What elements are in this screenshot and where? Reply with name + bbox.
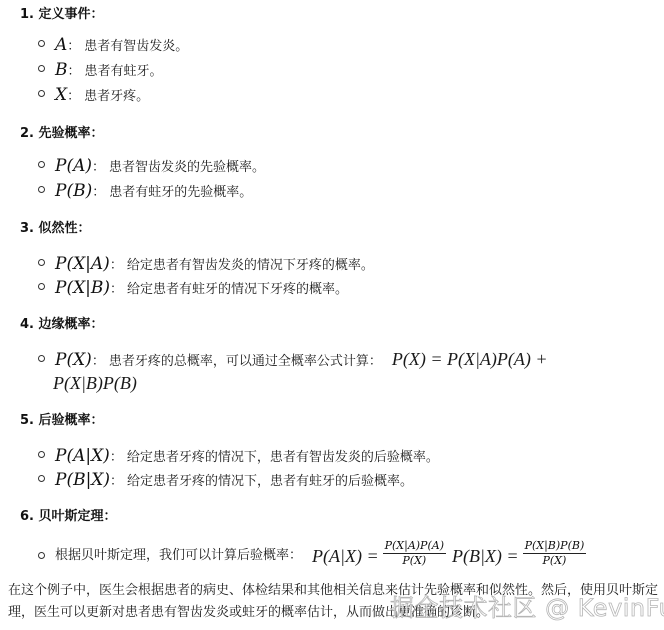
math-symbol: P(A) (55, 156, 92, 176)
item-description: 给定患者牙疼的情况下，患者有智齿发炎的后验概率。 (127, 448, 439, 468)
list-item: A： 患者有智齿发炎。 (38, 35, 188, 57)
item-description: 给定患者有智齿发炎的情况下牙疼的概率。 (127, 256, 374, 276)
hollow-bullet-icon (38, 90, 45, 97)
list-item: P(B|X)： 给定患者牙疼的情况下，患者有蛀牙的后验概率。 (38, 470, 413, 492)
item-description: 患者有蛀牙的先验概率。 (109, 183, 252, 203)
math-symbol: P(X|B) (55, 278, 110, 298)
list-item: P(X|B)： 给定患者有蛀牙的情况下牙疼的概率。 (38, 278, 348, 300)
fraction-numerator: P(X|A)P(A) (383, 540, 446, 554)
hollow-bullet-icon (38, 65, 45, 72)
math-symbol: P(B) (55, 181, 92, 201)
math-symbol: X (55, 85, 67, 105)
hollow-bullet-icon (38, 186, 45, 193)
item-description: 给定患者有蛀牙的情况下牙疼的概率。 (127, 280, 348, 300)
hollow-bullet-icon (38, 40, 45, 47)
hollow-bullet-icon (38, 552, 45, 559)
section-heading-define-events: 1. 定义事件： (20, 6, 104, 24)
fraction-denominator: P(X) (402, 554, 426, 567)
list-item: P(A)： 患者智齿发炎的先验概率。 (38, 156, 265, 178)
list-item: B： 患者有蛀牙。 (38, 60, 163, 82)
math-symbol: P(X) (55, 350, 92, 370)
hollow-bullet-icon (38, 259, 45, 266)
math-symbol: B (55, 60, 68, 80)
item-description: 患者智齿发炎的先验概率。 (109, 158, 265, 178)
list-item: 根据贝叶斯定理，我们可以计算后验概率： P(A|X) = P(X|A)P(A) … (38, 542, 590, 569)
item-description: 患者有蛀牙。 (85, 62, 163, 82)
item-description: 患者牙疼。 (84, 87, 149, 107)
item-description: 根据贝叶斯定理，我们可以计算后验概率： (55, 546, 302, 566)
list-item: P(B)： 患者有蛀牙的先验概率。 (38, 181, 252, 203)
fraction-denominator: P(X) (543, 554, 567, 567)
list-item: P(X|A)： 给定患者有智齿发炎的情况下牙疼的概率。 (38, 254, 374, 276)
math-symbol: P(X|A) (55, 254, 110, 274)
section-heading-posterior-probability: 5. 后验概率： (20, 412, 104, 430)
hollow-bullet-icon (38, 451, 45, 458)
hollow-bullet-icon (38, 355, 45, 362)
list-item: P(A|X)： 给定患者牙疼的情况下，患者有智齿发炎的后验概率。 (38, 446, 439, 468)
section-heading-prior-probability: 2. 先验概率： (20, 125, 104, 143)
bayes-formula-b-fraction: P(X|B)P(B) P(X) (523, 540, 587, 567)
section-heading-bayes-theorem: 6. 贝叶斯定理： (20, 508, 117, 526)
total-probability-formula: P(X) = P(X|A)P(A) + (392, 349, 548, 369)
math-symbol: A (55, 35, 67, 55)
list-item: P(X)： 患者牙疼的总概率，可以通过全概率公式计算： P(X) = P(X|A… (38, 349, 548, 372)
math-symbol: P(B|X) (55, 470, 110, 490)
fraction-numerator: P(X|B)P(B) (523, 540, 587, 554)
list-item: X： 患者牙疼。 (38, 85, 149, 107)
math-symbol: P(A|X) (55, 446, 110, 466)
item-description: 患者牙疼的总概率，可以通过全概率公式计算： (109, 352, 382, 372)
bayes-formula-a-lhs: P(A|X) = (312, 546, 379, 566)
section-heading-likelihood: 3. 似然性： (20, 220, 91, 238)
item-description: 患者有智齿发炎。 (84, 37, 188, 57)
hollow-bullet-icon (38, 161, 45, 168)
bayes-formula-b-lhs: P(B|X) = (452, 546, 519, 566)
hollow-bullet-icon (38, 283, 45, 290)
section-heading-marginal-probability: 4. 边缘概率： (20, 316, 104, 334)
bayes-formula-a-fraction: P(X|A)P(A) P(X) (383, 540, 446, 567)
total-probability-formula-continued: P(X|B)P(B) (53, 372, 137, 394)
conclusion-paragraph: 在这个例子中，医生会根据患者的病史、体检结果和其他相关信息来估计先验概率和似然性… (8, 580, 658, 624)
item-description: 给定患者牙疼的情况下，患者有蛀牙的后验概率。 (127, 472, 413, 492)
hollow-bullet-icon (38, 475, 45, 482)
